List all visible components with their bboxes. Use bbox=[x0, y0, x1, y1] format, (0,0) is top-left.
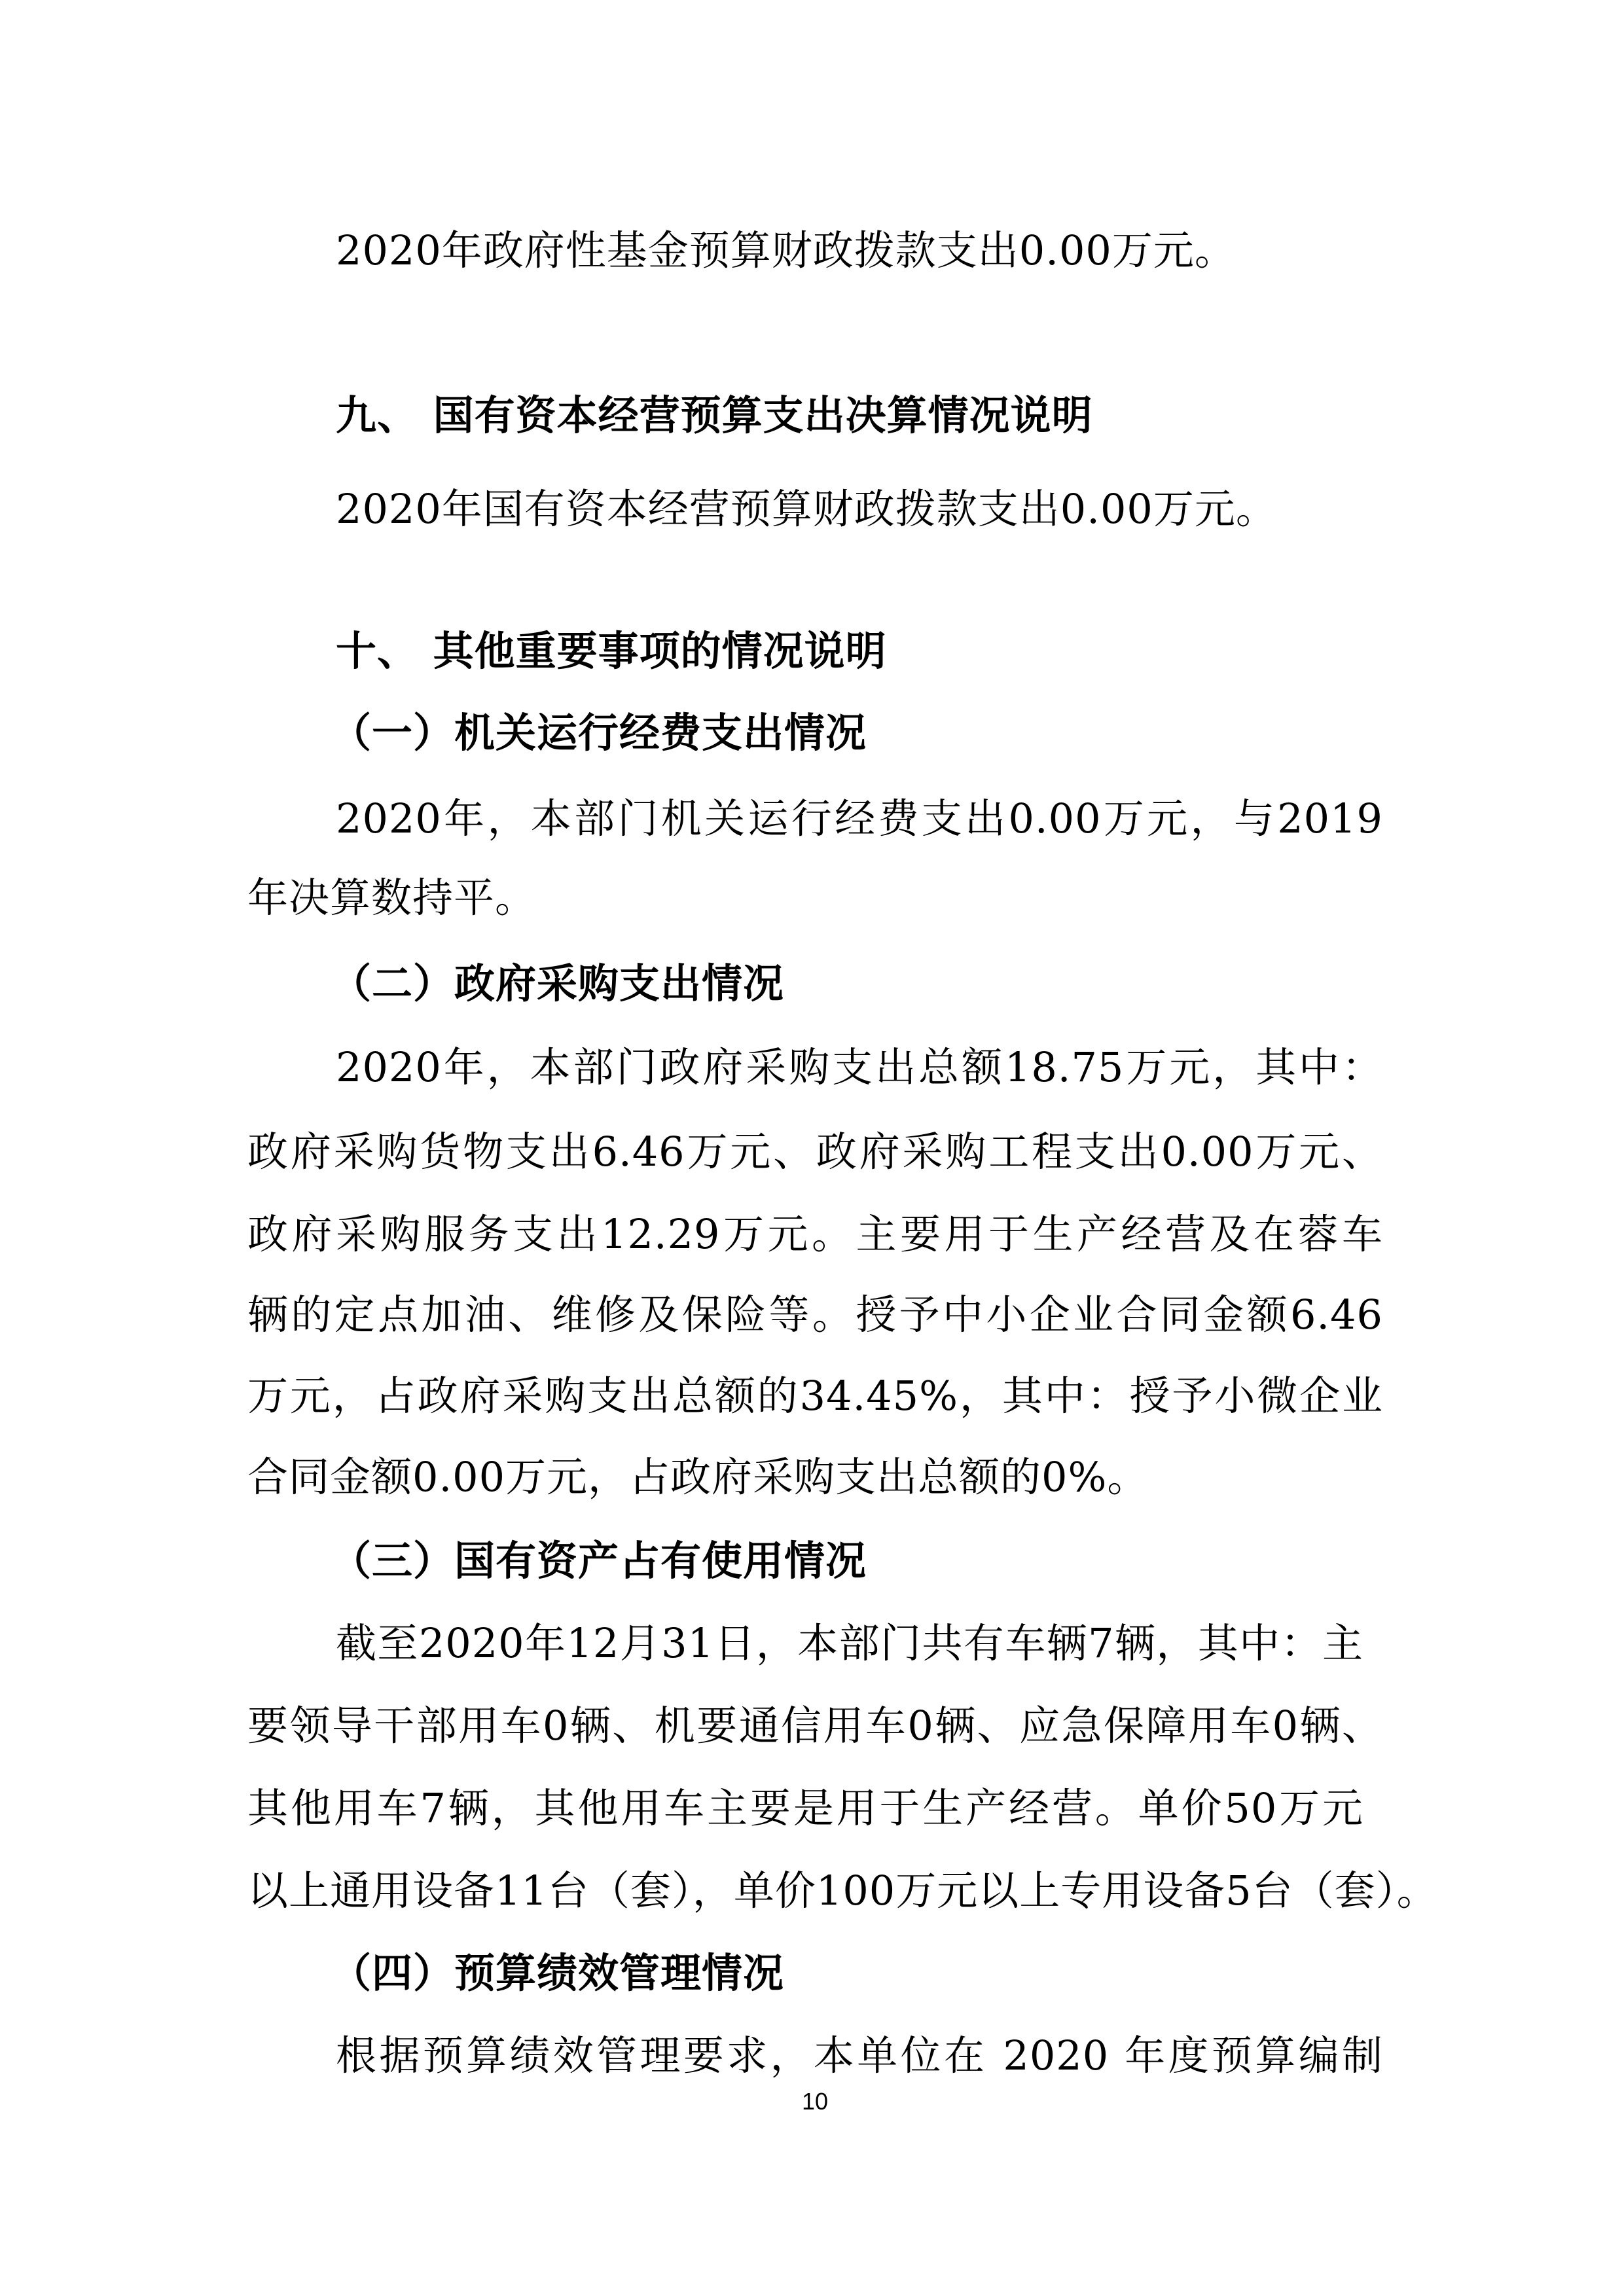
subheading-operating-costs: （一）机关运行经费支出情况 bbox=[331, 707, 1476, 759]
paragraph-fund-budget: 2020年政府性基金预算财政拨款支出0.00万元。 bbox=[336, 224, 1481, 277]
subheading-procurement: （二）政府采购支出情况 bbox=[331, 958, 1476, 1010]
paragraph-line: 根据预算绩效管理要求，本单位在 2020 年度预算编制 bbox=[336, 2030, 1383, 2082]
paragraph-line: 其他用车7辆，其他用车主要是用于生产经营。单价50万元 bbox=[247, 1782, 1363, 1835]
page-number: 10 bbox=[802, 2088, 828, 2115]
paragraph-state-capital: 2020年国有资本经营预算财政拨款支出0.00万元。 bbox=[336, 483, 1481, 535]
paragraph-line: 合同金额0.00万元，占政府采购支出总额的0%。 bbox=[247, 1451, 1393, 1503]
subheading-state-assets: （三）国有资产占有使用情况 bbox=[331, 1535, 1476, 1587]
subheading-performance: （四）预算绩效管理情况 bbox=[331, 1947, 1476, 2000]
paragraph-line: 政府采购服务支出12.29万元。主要用于生产经营及在蓉车 bbox=[247, 1208, 1383, 1261]
heading-section-10: 十、 其他重要事项的情况说明 bbox=[336, 625, 1481, 677]
paragraph-line: 2020年，本部门机关运行经费支出0.00万元，与2019 bbox=[336, 793, 1383, 845]
paragraph-line: 截至2020年12月31日，本部门共有车辆7辆，其中：主 bbox=[336, 1617, 1363, 1670]
paragraph-line: 辆的定点加油、维修及保险等。授予中小企业合同金额6.46 bbox=[247, 1289, 1383, 1341]
paragraph-line: 政府采购货物支出6.46万元、政府采购工程支出0.00万元、 bbox=[247, 1126, 1383, 1178]
paragraph-line: 年决算数持平。 bbox=[247, 872, 1393, 924]
paragraph-line: 万元，占政府采购支出总额的34.45%，其中：授予小微企业 bbox=[247, 1370, 1383, 1422]
paragraph-line: 要领导干部用车0辆、机要通信用车0辆、应急保障用车0辆、 bbox=[247, 1700, 1383, 1752]
heading-section-9: 九、 国有资本经营预算支出决算情况说明 bbox=[336, 389, 1481, 442]
paragraph-line: 以上通用设备11台（套），单价100万元以上专用设备5台（套）。 bbox=[247, 1865, 1403, 1917]
paragraph-line: 2020年，本部门政府采购支出总额18.75万元，其中： bbox=[336, 1041, 1383, 1094]
